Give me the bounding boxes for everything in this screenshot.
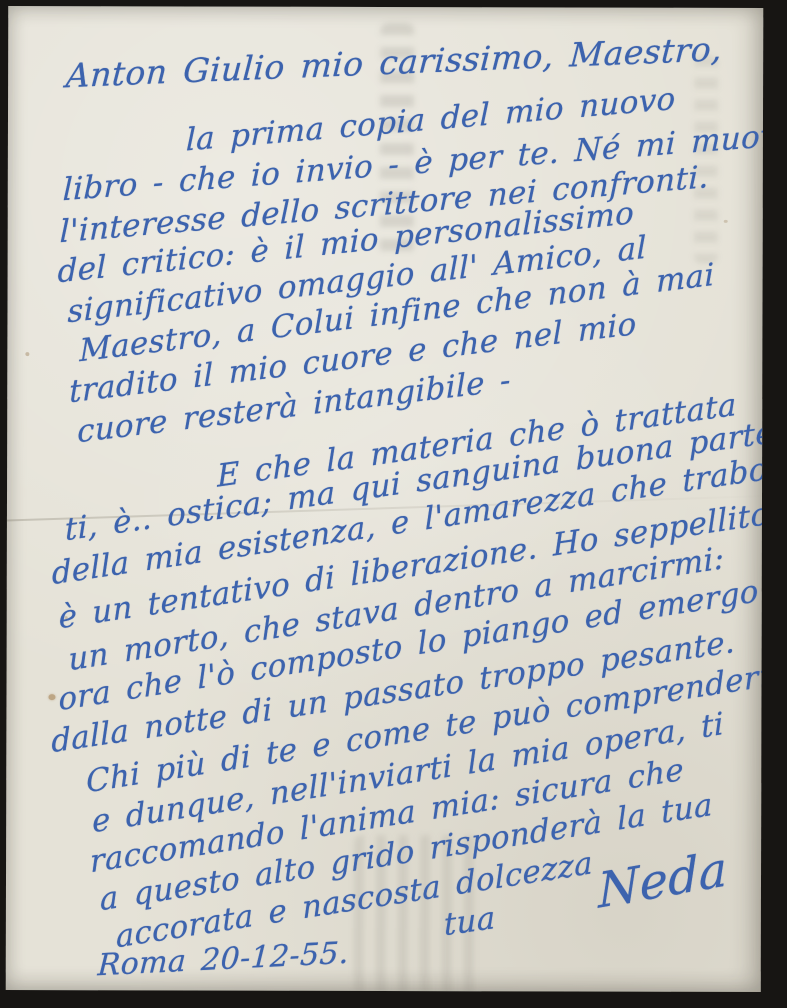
letter-paper: Anton Giulio mio carissimo, Maestro, la …	[6, 6, 764, 992]
foxing-spot	[724, 220, 728, 223]
photo-backdrop: { "letter": { "ink_color": "#3c63ae", "p…	[0, 0, 787, 1008]
foxing-spot	[25, 352, 29, 356]
signature: Neda	[597, 841, 728, 922]
foxing-spot	[48, 694, 55, 700]
closing-word: tua	[443, 900, 496, 944]
